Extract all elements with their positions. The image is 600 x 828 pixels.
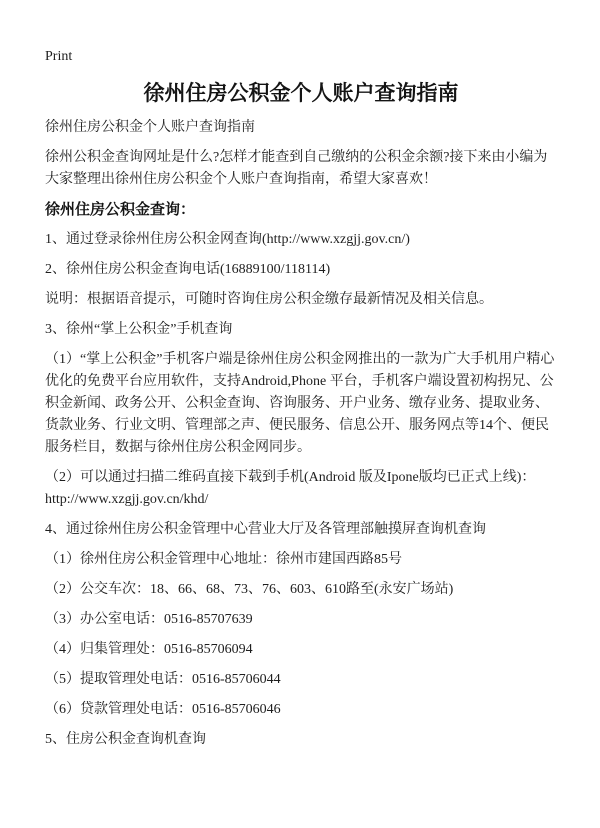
- method-2-phone: 2、徐州住房公积金查询电话(16889100/118114): [45, 259, 557, 281]
- section-heading: 徐州住房公积金查询：: [45, 199, 557, 221]
- method-4-bus-routes: （2）公交车次：18、66、68、73、76、603、610路至(永安广场站): [45, 579, 557, 601]
- qr-download-text: （2）可以通过扫描二维码直接下载到手机(Android 版及Ipone版均已正式…: [45, 467, 557, 489]
- method-4-collection-office-phone: （4）归集管理处：0516-85706094: [45, 639, 557, 661]
- subtitle: 徐州住房公积金个人账户查询指南: [45, 117, 557, 139]
- method-3-detail-2: （2）可以通过扫描二维码直接下载到手机(Android 版及Ipone版均已正式…: [45, 467, 557, 511]
- document-page: Print 徐州住房公积金个人账户查询指南 徐州住房公积金个人账户查询指南 徐州…: [0, 0, 600, 828]
- method-2-note: 说明：根据语音提示，可随时咨询住房公积金缴存最新情况及相关信息。: [45, 289, 557, 311]
- intro-paragraph: 徐州公积金查询网址是什么?怎样才能查到自己缴纳的公积金余额?接下来由小编为大家整…: [45, 147, 557, 191]
- method-4-loan-office-phone: （6）贷款管理处电话：0516-85706046: [45, 699, 557, 721]
- method-4-service-hall: 4、通过徐州住房公积金管理中心营业大厅及各管理部触摸屏查询机查询: [45, 519, 557, 541]
- method-3-detail-1: （1）“掌上公积金”手机客户端是徐州住房公积金网推出的一款为广大手机用户精心优化…: [45, 349, 557, 459]
- method-3-mobile-app: 3、徐州“掌上公积金”手机查询: [45, 319, 557, 341]
- print-link[interactable]: Print: [45, 46, 72, 68]
- method-5-inquiry-machine: 5、住房公积金查询机查询: [45, 729, 557, 751]
- page-title: 徐州住房公积金个人账户查询指南: [45, 81, 557, 105]
- method-1-website: 1、通过登录徐州住房公积金网查询(http://www.xzgjj.gov.cn…: [45, 229, 557, 251]
- method-4-withdrawal-office-phone: （5）提取管理处电话：0516-85706044: [45, 669, 557, 691]
- method-4-address: （1）徐州住房公积金管理中心地址：徐州市建国西路85号: [45, 549, 557, 571]
- method-4-office-phone: （3）办公室电话：0516-85707639: [45, 609, 557, 631]
- download-url: http://www.xzgjj.gov.cn/khd/: [45, 489, 557, 511]
